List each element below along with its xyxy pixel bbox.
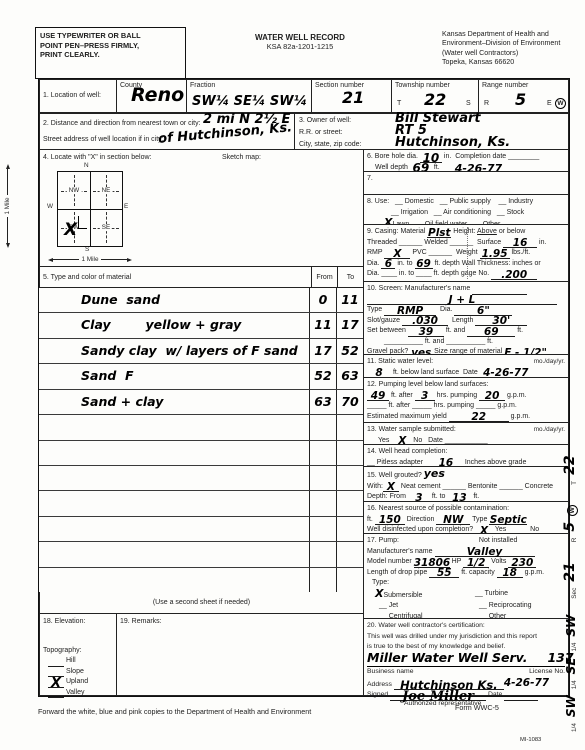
direction-value: NW xyxy=(443,516,463,525)
blank-line xyxy=(48,658,64,667)
section-square: NW NE SW SE X xyxy=(57,171,123,247)
form-title: WATER WELL RECORD xyxy=(222,33,378,42)
blank-line: X xyxy=(48,679,64,688)
second-sheet-note: (Use a second sheet if needed) xyxy=(40,592,363,606)
sample-date-format: mo./day/yr. xyxy=(534,425,565,436)
pumping-blank-line: _____ ft. after _____ hrs. pumping _____… xyxy=(364,401,568,412)
water-well-record-scan: USE TYPEWRITER OR BALL POINT PEN–PRESS F… xyxy=(0,0,585,750)
hill-option: Hill xyxy=(66,657,76,664)
screen-mfr-value: J + L xyxy=(449,296,476,305)
section-15-grouted: 15. Well grouted? yes With:X Neat cement… xyxy=(363,466,569,502)
static-level-label: 11. Static water level: xyxy=(367,357,433,368)
bore-dia-label: 6. Bore hole dia. xyxy=(367,153,418,160)
cell-location: 1. Location of well: xyxy=(39,79,117,113)
capacity-value: 18 xyxy=(502,569,517,578)
material-row-empty xyxy=(39,441,363,466)
quad-nw-label: NW xyxy=(67,187,82,194)
blank-line: NW xyxy=(436,516,470,525)
sample-date-label: Date ___________ xyxy=(428,437,488,444)
section-20-certification: 20. Water well contractor's certificatio… xyxy=(363,618,569,696)
section-7-number: 7. xyxy=(367,175,373,182)
height-below-option: or below xyxy=(499,228,525,235)
rr-street-label: R.R. or street: xyxy=(299,129,343,136)
screen-length-value: 30' xyxy=(492,317,510,326)
quarter-label: 1/4 xyxy=(571,643,578,652)
valley-option: Valley xyxy=(66,689,85,696)
range-label: Range number xyxy=(479,80,568,89)
with-label: With: xyxy=(367,483,383,490)
section-17-pump: 17. Pump:Not installed Manufacturer's na… xyxy=(363,533,569,619)
surface-label: Surface xyxy=(477,239,501,246)
section-11-static-level: 11. Static water level:mo./day/yr. 8 ft.… xyxy=(363,354,569,378)
to-header-label: To xyxy=(338,267,363,281)
material-row: Sand + clay 63 70 xyxy=(39,390,363,415)
max-yield-value: 22 xyxy=(471,413,486,422)
weight-unit-label: lbs./ft. xyxy=(512,249,531,256)
quarter-value: SE xyxy=(564,657,578,674)
blank-line: 20 xyxy=(479,392,505,401)
turbine-option: __ Turbine xyxy=(475,589,508,602)
blank-line: Plst xyxy=(427,229,451,238)
grouted-value: yes xyxy=(424,467,445,480)
form-number: Form WWC-5 xyxy=(455,703,499,712)
pump-type-label: Type: xyxy=(364,578,568,589)
threaded-welded-labels: Threaded ______ Welded ______ xyxy=(367,239,473,246)
material-value: Dune sand xyxy=(81,292,160,307)
material-value: Clay yellow + gray xyxy=(81,317,241,332)
jet-option: __ Jet xyxy=(367,601,479,612)
casing-depth-value: 69 xyxy=(416,260,431,269)
casing-divider xyxy=(467,227,468,279)
township-margin-value: 22 xyxy=(562,455,578,474)
section-8-use: 8. Use: __ Domestic __ Public supply __ … xyxy=(363,194,569,225)
blank-line: 6 xyxy=(381,260,395,269)
township-t-label: T xyxy=(397,100,401,107)
locate-label: 4. Locate with "X" in section below: xyxy=(43,154,151,161)
pumping-level-label: 12. Pumping level below land surfaces: xyxy=(364,378,568,391)
quad-ne-label: NE xyxy=(100,187,113,194)
section-19-remarks: 19. Remarks: xyxy=(116,613,364,696)
to-value: 11 xyxy=(341,292,358,307)
contamination-type-value: Septic xyxy=(490,516,527,525)
section-14-well-head: 14. Well head completion: __ Pitless ada… xyxy=(363,444,569,467)
below-surface-label: ft. below land surface xyxy=(393,369,459,376)
casing-height-label: Height: xyxy=(453,228,475,235)
blank-line: 39 xyxy=(408,328,444,337)
arrow-up-icon xyxy=(6,164,10,169)
slot-gauze-value: .030 xyxy=(412,317,438,326)
blank-line xyxy=(48,689,64,698)
to-value: 70 xyxy=(341,394,358,409)
contamination-distance-value: 150 xyxy=(379,516,401,525)
slope-option: Slope xyxy=(66,668,84,675)
capacity-gpm-label: g.p.m. xyxy=(525,569,544,576)
material-row-empty xyxy=(39,542,363,567)
range-r-label: R xyxy=(484,100,489,107)
max-yield-gpm-label: g.p.m. xyxy=(511,413,530,420)
well-head-label: 14. Well head completion: xyxy=(364,445,568,458)
material-row-empty xyxy=(39,415,363,440)
topography-label: Topography: xyxy=(40,628,116,657)
casing-material-label: 9. Casing: Material xyxy=(367,228,425,235)
section-18-elevation: 18. Elevation: Topography: Hill Slope X … xyxy=(39,613,117,696)
disinfected-label: Well disinfected upon completion? xyxy=(367,526,473,533)
scale-line xyxy=(101,259,127,260)
set-to-value: 69 xyxy=(484,328,499,337)
agency-line: Environment–Division of Environment xyxy=(442,39,560,48)
forward-copies-note: Forward the white, blue and pink copies … xyxy=(38,707,311,716)
from-value: 17 xyxy=(314,343,331,358)
from-value: 63 xyxy=(314,394,331,409)
not-installed-label: Not installed xyxy=(399,537,518,544)
sec-label: Sec xyxy=(571,588,578,599)
material-row-empty xyxy=(39,466,363,491)
pvc-label: PVC ______ xyxy=(412,249,452,256)
grouted-label: 15. Well grouted? xyxy=(367,472,422,479)
surface-value: 16 xyxy=(513,239,528,248)
bore-in-label: in. xyxy=(444,153,451,160)
blank-line xyxy=(472,286,527,295)
ft-after-label: ft. after xyxy=(391,392,413,399)
hp-label: HP xyxy=(452,558,462,565)
material-header-label: 5. Type and color of material xyxy=(40,267,311,281)
blank-line: J + L xyxy=(367,296,557,305)
sec-value: 21 xyxy=(562,562,578,581)
material-row: Dune sand 0 11 xyxy=(39,288,363,313)
pumping-hrs-value: 3 xyxy=(421,392,428,401)
material-row: Sandy clay w/ layers of F sand 17 52 xyxy=(39,339,363,364)
fraction-label: Fraction xyxy=(187,80,311,89)
owner-label: 3. Owner of well: xyxy=(299,117,351,124)
grout-ft-to-label: ft. to xyxy=(432,493,446,500)
max-yield-label: Estimated maximum yield xyxy=(367,413,447,420)
blank-line: 150 xyxy=(375,516,405,525)
dia-depth-label: ft. depth xyxy=(434,260,459,267)
sample-yes-option: Yes xyxy=(378,437,389,444)
township-label: Township number xyxy=(392,80,478,89)
range-margin-w-circled: W xyxy=(567,505,578,516)
material-value: Sand F xyxy=(81,368,134,383)
well-depth-label: Well depth xyxy=(367,164,408,171)
blank-line: .200 xyxy=(491,271,537,280)
mile-vertical-label: 1 Mile xyxy=(4,195,11,216)
from-header-cell: From xyxy=(311,266,338,288)
form-title-block: WATER WELL RECORD KSA 82a-1201-1215 xyxy=(222,33,378,51)
print-code: MI-1083 xyxy=(520,737,541,743)
section-9-casing: 9. Casing: Material Plst Height: Above o… xyxy=(363,224,569,282)
material-value: Sand + clay xyxy=(81,394,163,409)
blank-line xyxy=(504,692,538,701)
form-statute: KSA 82a-1201-1215 xyxy=(222,42,378,51)
material-header-cell: 5. Type and color of material xyxy=(39,266,312,288)
material-value: Sandy clay w/ layers of F sand xyxy=(81,343,298,358)
agency-block: Kansas Department of Health and Environm… xyxy=(442,30,560,67)
blank-line: X xyxy=(383,483,399,492)
business-name-label: Business name xyxy=(367,667,413,678)
section-number-value: 21 xyxy=(342,88,364,107)
use-line-2: __ Irrigation __ Air conditioning __ Sto… xyxy=(364,208,568,219)
well-spot-mark xyxy=(78,216,87,229)
blank-line: 1/2 xyxy=(463,559,489,568)
contamination-ft-label: ft. xyxy=(367,516,373,523)
distance-label: 2. Distance and direction from nearest t… xyxy=(43,120,201,127)
rmp-check-mark: X xyxy=(393,250,401,259)
upland-mark: X xyxy=(51,679,61,688)
set-ft-label: ft. xyxy=(517,327,523,334)
gpm-label: g.p.m. xyxy=(507,392,526,399)
set-between-label: Set between xyxy=(367,327,406,334)
range-w-circled: W xyxy=(555,98,566,109)
direction-label: Direction xyxy=(407,516,435,523)
section-7-drill-method: 7. __ Cable toolXRotary __ Hollow rod __… xyxy=(363,171,569,195)
range-margin-label: R xyxy=(571,538,578,543)
drop-pipe-label: Length of drop pipe xyxy=(367,569,427,576)
scale-line xyxy=(7,217,8,243)
address-label: Address xyxy=(367,681,392,688)
blank-line: 30' xyxy=(475,317,527,326)
cell-fraction: Fraction SW¼ SE¼ SW¼ xyxy=(186,79,312,113)
township-margin-label: T xyxy=(571,481,578,485)
location-label: 1. Location of well: xyxy=(40,80,116,99)
mile-horizontal-label: 1 Mile xyxy=(79,256,100,263)
from-header-label: From xyxy=(312,267,337,281)
mile-scale-vertical: 1 Mile xyxy=(2,164,13,248)
capacity-label: ft. capacity xyxy=(461,569,494,576)
drop-pipe-value: 55 xyxy=(437,569,452,578)
use-line-1: 8. Use: __ Domestic __ Public supply __ … xyxy=(364,195,568,208)
quarter-label: 1/4 xyxy=(571,723,578,732)
contamination-label: 16. Nearest source of possible contamina… xyxy=(364,502,568,515)
blank-line: .030 xyxy=(402,317,448,326)
screen-mfr-label: 10. Screen: Manufacturer's name xyxy=(367,285,470,292)
quad-se-label: SE xyxy=(100,224,112,231)
elevation-label: 18. Elevation: xyxy=(40,614,116,628)
street-address-label: Street address of well location if in ci… xyxy=(43,136,164,143)
static-date-format: mo./day/yr. xyxy=(534,357,565,368)
casing-material-value: Plst xyxy=(428,229,451,238)
city-state-zip-label: City, state, zip code: xyxy=(299,141,362,148)
arrow-down-icon xyxy=(6,243,10,248)
volts-label: Volts xyxy=(491,558,506,565)
blank-line: 22 xyxy=(449,413,509,422)
contamination-type-label: Type xyxy=(472,516,487,523)
certification-date-value: 4-26-77 xyxy=(504,677,549,689)
completion-date-label: Completion date ________ xyxy=(455,153,539,160)
material-row-empty xyxy=(39,517,363,542)
blank-line: 49 xyxy=(367,392,389,401)
blank-line: 1.95 xyxy=(480,250,510,259)
well-location-x-mark: X xyxy=(64,220,77,240)
static-date-label: Date xyxy=(463,369,478,376)
scale-line xyxy=(7,169,8,195)
form-body: 1. Location of well: County Reno Fractio… xyxy=(38,78,570,697)
from-value: 0 xyxy=(319,292,328,307)
agency-line: (Water well Contractors) xyxy=(442,49,560,58)
section-12-pumping-level: 12. Pumping level below land surfaces: 4… xyxy=(363,377,569,423)
water-sample-label: 13. Water sample submitted: xyxy=(367,425,456,436)
instruction-line: POINT PEN–PRESS FIRMLY, xyxy=(40,41,181,51)
dia-label: Dia. xyxy=(367,260,379,267)
sample-no-option: No xyxy=(413,437,422,444)
set-ft-and-label: ft. and xyxy=(446,327,465,334)
material-row: Clay yellow + gray 11 17 xyxy=(39,313,363,338)
certification-label: 20. Water well contractor's certificatio… xyxy=(364,619,568,632)
township-value: 22 xyxy=(424,90,446,109)
second-sheet-note-cell: (Use a second sheet if needed) xyxy=(39,592,364,614)
cell-distance: 2. Distance and direction from nearest t… xyxy=(39,113,295,150)
scale-line xyxy=(53,259,79,260)
signed-label: Signed xyxy=(367,691,388,698)
quarter-label: 1/4 xyxy=(571,680,578,689)
signature-date-label: Date xyxy=(488,691,502,698)
section-4-locate: 4. Locate with "X" in section below: Ske… xyxy=(39,149,364,267)
business-name-value: Miller Water Well Serv. xyxy=(367,650,528,665)
from-value: 11 xyxy=(314,317,331,332)
county-value: Reno xyxy=(131,84,184,106)
compass-north-label: N xyxy=(84,162,89,169)
inches-above-grade-label: Inches above grade xyxy=(465,459,527,466)
to-value: 17 xyxy=(341,317,358,332)
rmp-label: RMP xyxy=(367,249,382,256)
disinfected-yes-option: Yes xyxy=(495,526,506,533)
grout-ft-label: ft. xyxy=(473,493,479,500)
pump-mfr-label: Manufacturer's name xyxy=(367,548,433,555)
gage-no-value: .200 xyxy=(501,271,527,280)
cell-section-number: Section number 21 xyxy=(311,79,392,113)
quarter-value: SW xyxy=(564,695,578,717)
remarks-label: 19. Remarks: xyxy=(117,614,363,628)
range-value: 5 xyxy=(515,90,526,109)
slot-gauze-label: Slot/gauze xyxy=(367,317,400,324)
wall-thickness-label: Wall Thickness: inches or xyxy=(462,260,541,267)
quad-se: SE xyxy=(90,209,122,246)
margin-legal-description: 1/4SW 1/4SE 1/4SW Sec21 R5W T22 xyxy=(550,440,578,732)
grout-depth-label: Depth: From xyxy=(367,493,406,500)
quad-ne: NE xyxy=(90,172,122,209)
section-13-water-sample: 13. Water sample submitted:mo./day/yr. Y… xyxy=(363,422,569,445)
to-header-cell: To xyxy=(337,266,364,288)
screen-type-label: Type xyxy=(367,306,382,313)
dia-to-label: in. to xyxy=(397,260,412,267)
instruction-line: USE TYPEWRITER OR BALL xyxy=(40,31,181,41)
surface-in-label: in. xyxy=(539,239,546,246)
model-number-label: Model number xyxy=(367,558,412,565)
neat-cement-mark: X xyxy=(387,483,395,492)
cell-county: County Reno xyxy=(116,79,187,113)
upland-option: Upland xyxy=(66,678,88,685)
disinfected-no-option: No xyxy=(530,526,539,533)
township-s-label: S xyxy=(466,100,471,107)
pump-mfr-value: Valley xyxy=(467,548,503,557)
material-row: Sand F 52 63 xyxy=(39,364,363,389)
pumping-gpm-value: 20 xyxy=(485,392,500,401)
range-margin-value: 5 xyxy=(562,522,578,532)
blank-line: Septic xyxy=(489,516,527,525)
sketch-map-label: Sketch map: xyxy=(222,154,261,161)
pitless-adapter-label: __ Pitless adapter xyxy=(367,459,423,466)
blank-line: 69 xyxy=(415,260,433,269)
hp-value: 1/2 xyxy=(467,559,485,568)
depth-ft-label: ft. xyxy=(434,164,440,171)
casing-dia-value: 6 xyxy=(385,260,392,269)
section-16-contamination: 16. Nearest source of possible contamina… xyxy=(363,501,569,534)
height-above-option: Above xyxy=(477,228,497,235)
quarter-value: SW xyxy=(564,615,578,637)
dia-line-2-label: Dia. ____ in. to ____ ft. depth xyxy=(367,270,459,277)
gage-no-label: gage No. xyxy=(461,270,489,277)
screen-dia-value: 6" xyxy=(477,307,490,316)
instruction-box: USE TYPEWRITER OR BALL POINT PEN–PRESS F… xyxy=(35,27,186,79)
hrs-pumping-label: hrs. pumping xyxy=(437,392,477,399)
agency-line: Topeka, Kansas 66620 xyxy=(442,58,560,67)
blank-line: 69 xyxy=(467,328,515,337)
to-value: 63 xyxy=(341,368,358,383)
grout-options: Neat cement ______ Bentonite ______ Conc… xyxy=(401,483,553,490)
material-row-empty xyxy=(39,568,363,593)
blank-line: Valley xyxy=(435,548,535,557)
screen-dia-label: Dia. xyxy=(440,306,452,313)
material-table: Dune sand 0 11 Clay yellow + gray 11 17 … xyxy=(39,288,364,593)
set-between-blank-line: __________ ft. and __________ ft. xyxy=(364,337,568,348)
submersible-option: Submersible xyxy=(383,592,422,599)
section-6-bore-hole: 6. Bore hole dia. 10 in. Completion date… xyxy=(363,149,569,172)
weight-value: 1.95 xyxy=(482,250,508,259)
blank-line: 16 xyxy=(503,239,537,248)
range-e-label: E xyxy=(547,100,552,107)
blank-line: 3 xyxy=(415,392,435,401)
screen-length-label: Length xyxy=(452,317,473,324)
reciprocating-option: __ Reciprocating xyxy=(479,601,532,612)
pumping-level-value: 49 xyxy=(371,392,386,401)
quad-nw: NW xyxy=(58,172,90,209)
pump-label: 17. Pump: xyxy=(367,537,399,544)
mile-scale-horizontal: 1 Mile xyxy=(48,255,132,264)
instruction-line: PRINT CLEARLY. xyxy=(40,50,181,60)
cell-township: Township number T 22 S xyxy=(391,79,479,113)
section-10-screen: 10. Screen: Manufacturer's name J + L Ty… xyxy=(363,281,569,355)
compass-south-label: S xyxy=(85,246,89,253)
compass-west-label: W xyxy=(47,203,53,210)
material-row-empty xyxy=(39,491,363,516)
set-from-value: 39 xyxy=(419,328,434,337)
cell-range: Range number R 5 E W xyxy=(478,79,569,113)
arrow-right-icon xyxy=(127,258,132,262)
from-value: 52 xyxy=(314,368,331,383)
blank-line: 55 xyxy=(429,569,459,578)
agency-line: Kansas Department of Health and xyxy=(442,30,560,39)
fraction-value: SW¼ SE¼ SW¼ xyxy=(192,94,307,109)
to-value: 52 xyxy=(341,343,358,358)
certification-line-1: This well was drilled under my jurisdict… xyxy=(364,632,568,643)
cell-owner: 3. Owner of well: Bill Stewart R.R. or s… xyxy=(294,113,569,150)
compass-east-label: E xyxy=(124,203,128,210)
blank-line: 18 xyxy=(497,569,523,578)
